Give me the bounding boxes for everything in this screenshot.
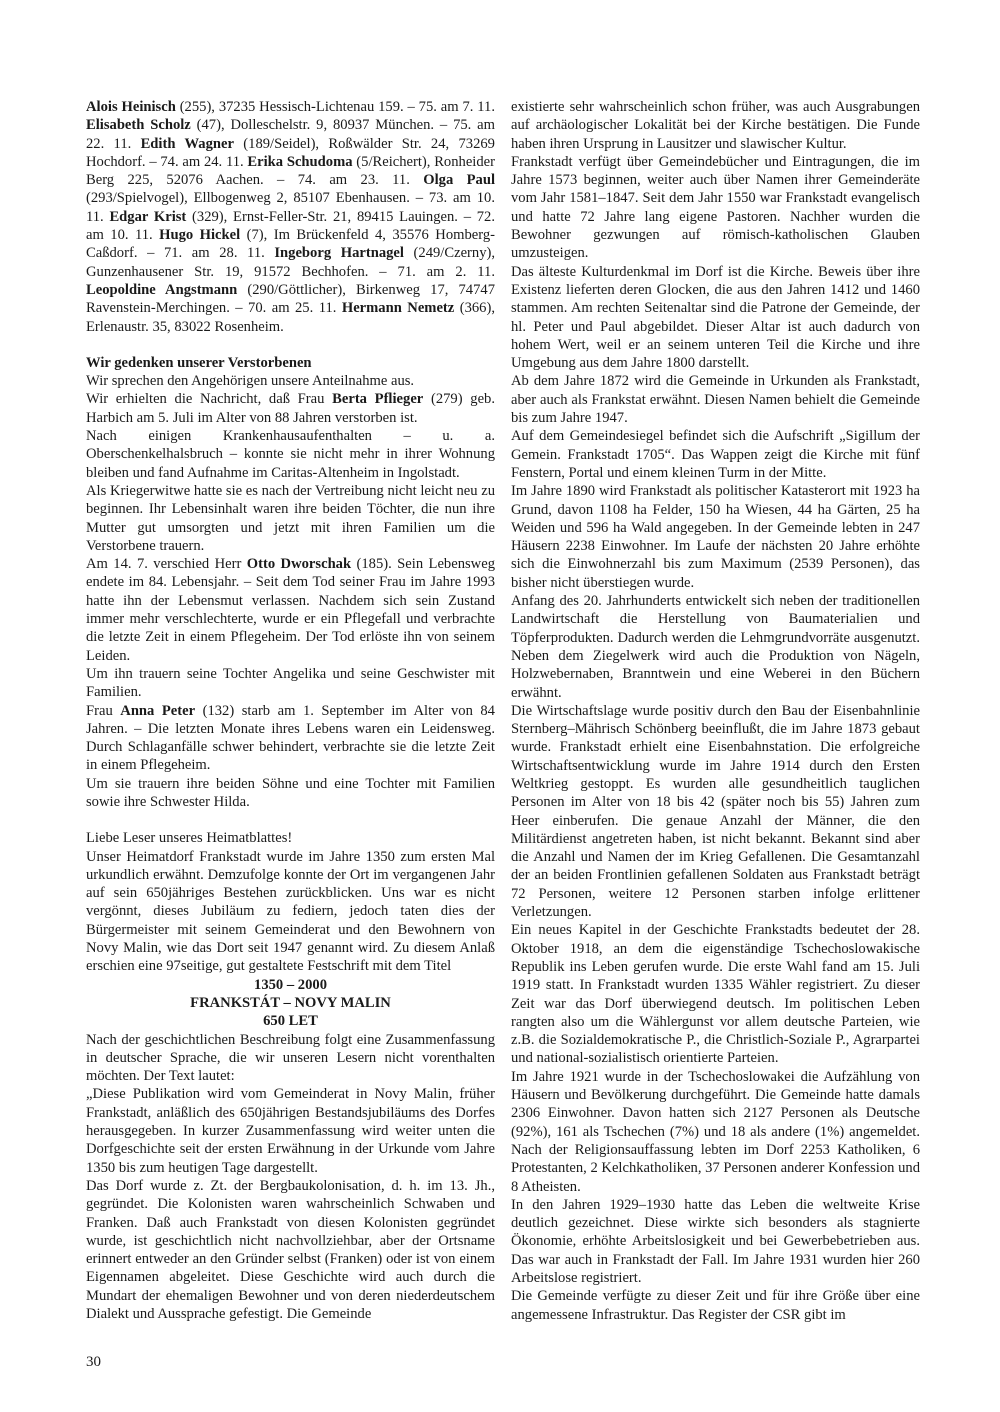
history-paragraph: Frankstadt verfügt über Gemeindebücher u…	[511, 153, 920, 263]
memorial-paragraph: Am 14. 7. verschied Herr Otto Dworschak …	[86, 555, 495, 665]
quote-paragraph: „Diese Publikation wird vom Gemeinderat …	[86, 1085, 495, 1176]
birthday-name: Hermann Nemetz	[342, 300, 454, 316]
history-paragraph: Ein neues Kapitel in der Geschichte Fran…	[511, 921, 920, 1067]
history-paragraph: Auf dem Gemeindesiegel befindet sich die…	[511, 427, 920, 482]
birthday-name: Edith Wagner	[141, 136, 234, 152]
quote-paragraph: Das Dorf wurde z. Zt. der Bergbaukolonis…	[86, 1177, 495, 1323]
text: Am 14. 7. verschied Herr	[86, 556, 247, 572]
history-paragraph: Das älteste Kulturdenkmal im Dorf ist di…	[511, 263, 920, 373]
memorial-paragraph: Um ihn trauern seine Tochter Angelika un…	[86, 665, 495, 702]
memorial-paragraph: Nach einigen Krankenhausaufenthalten – u…	[86, 427, 495, 482]
birthday-name: Erika Schudoma	[247, 154, 352, 170]
deceased-name: Berta Pflieger	[332, 391, 423, 407]
text: Wir erhielten die Nachricht, daß Frau	[86, 391, 332, 407]
letter-paragraph: Nach der geschichtlichen Beschreibung fo…	[86, 1031, 495, 1086]
festschrift-title-anniversary: 650 LET	[86, 1012, 495, 1030]
spacer	[86, 811, 495, 829]
memorial-heading: Wir gedenken unserer Verstorbenen	[86, 354, 495, 372]
deceased-name: Otto Dworschak	[247, 556, 351, 572]
birthday-name: Leopoldine Angstmann	[86, 282, 237, 298]
history-paragraph: existierte sehr wahrscheinlich schon frü…	[511, 98, 920, 153]
letter-paragraph: Unser Heimatdorf Frankstadt wurde im Jah…	[86, 848, 495, 976]
memorial-intro: Wir sprechen den Angehörigen unsere Ante…	[86, 372, 495, 390]
memorial-paragraph: Um sie trauern ihre beiden Söhne und ein…	[86, 775, 495, 812]
memorial-paragraph: Frau Anna Peter (132) starb am 1. Septem…	[86, 702, 495, 775]
birthday-list: Alois Heinisch (255), 37235 Hessisch-Lic…	[86, 98, 495, 336]
birthday-name: Edgar Krist	[109, 209, 186, 225]
birthday-details: (255), 37235 Hessisch-Lichtenau 159. – 7…	[176, 99, 495, 115]
memorial-paragraph: Wir erhielten die Nachricht, daß Frau Be…	[86, 390, 495, 427]
history-paragraph: Ab dem Jahre 1872 wird die Gemeinde in U…	[511, 372, 920, 427]
history-paragraph: In den Jahren 1929–1930 hatte das Leben …	[511, 1196, 920, 1287]
history-paragraph: Im Jahre 1890 wird Frankstadt als politi…	[511, 482, 920, 592]
spacer	[86, 336, 495, 354]
left-column: Alois Heinisch (255), 37235 Hessisch-Lic…	[86, 98, 495, 1323]
birthday-name: Alois Heinisch	[86, 99, 176, 115]
history-paragraph: Anfang des 20. Jahrhunderts entwickelt s…	[511, 592, 920, 702]
festschrift-title-names: FRANKSTÁT – NOVY MALIN	[86, 994, 495, 1012]
birthday-name: Elisabeth Scholz	[86, 117, 191, 133]
birthday-name: Olga Paul	[423, 172, 495, 188]
history-paragraph: Im Jahre 1921 wurde in der Tschechoslowa…	[511, 1068, 920, 1196]
memorial-paragraph: Als Kriegerwitwe hatte sie es nach der V…	[86, 482, 495, 555]
history-paragraph: Die Wirtschaftslage wurde positiv durch …	[511, 702, 920, 922]
text: Frau	[86, 703, 120, 719]
birthday-name: Hugo Hickel	[159, 227, 240, 243]
history-paragraph: Die Gemeinde verfügte zu dieser Zeit und…	[511, 1287, 920, 1324]
page-number: 30	[86, 1354, 101, 1371]
letter-greeting: Liebe Leser unseres Heimatblattes!	[86, 829, 495, 847]
right-column: existierte sehr wahrscheinlich schon frü…	[511, 98, 920, 1324]
festschrift-title-years: 1350 – 2000	[86, 976, 495, 994]
text: (185). Sein Lebensweg endete im 84. Lebe…	[86, 556, 495, 663]
birthday-name: Ingeborg Hartnagel	[274, 245, 404, 261]
deceased-name: Anna Peter	[120, 703, 195, 719]
